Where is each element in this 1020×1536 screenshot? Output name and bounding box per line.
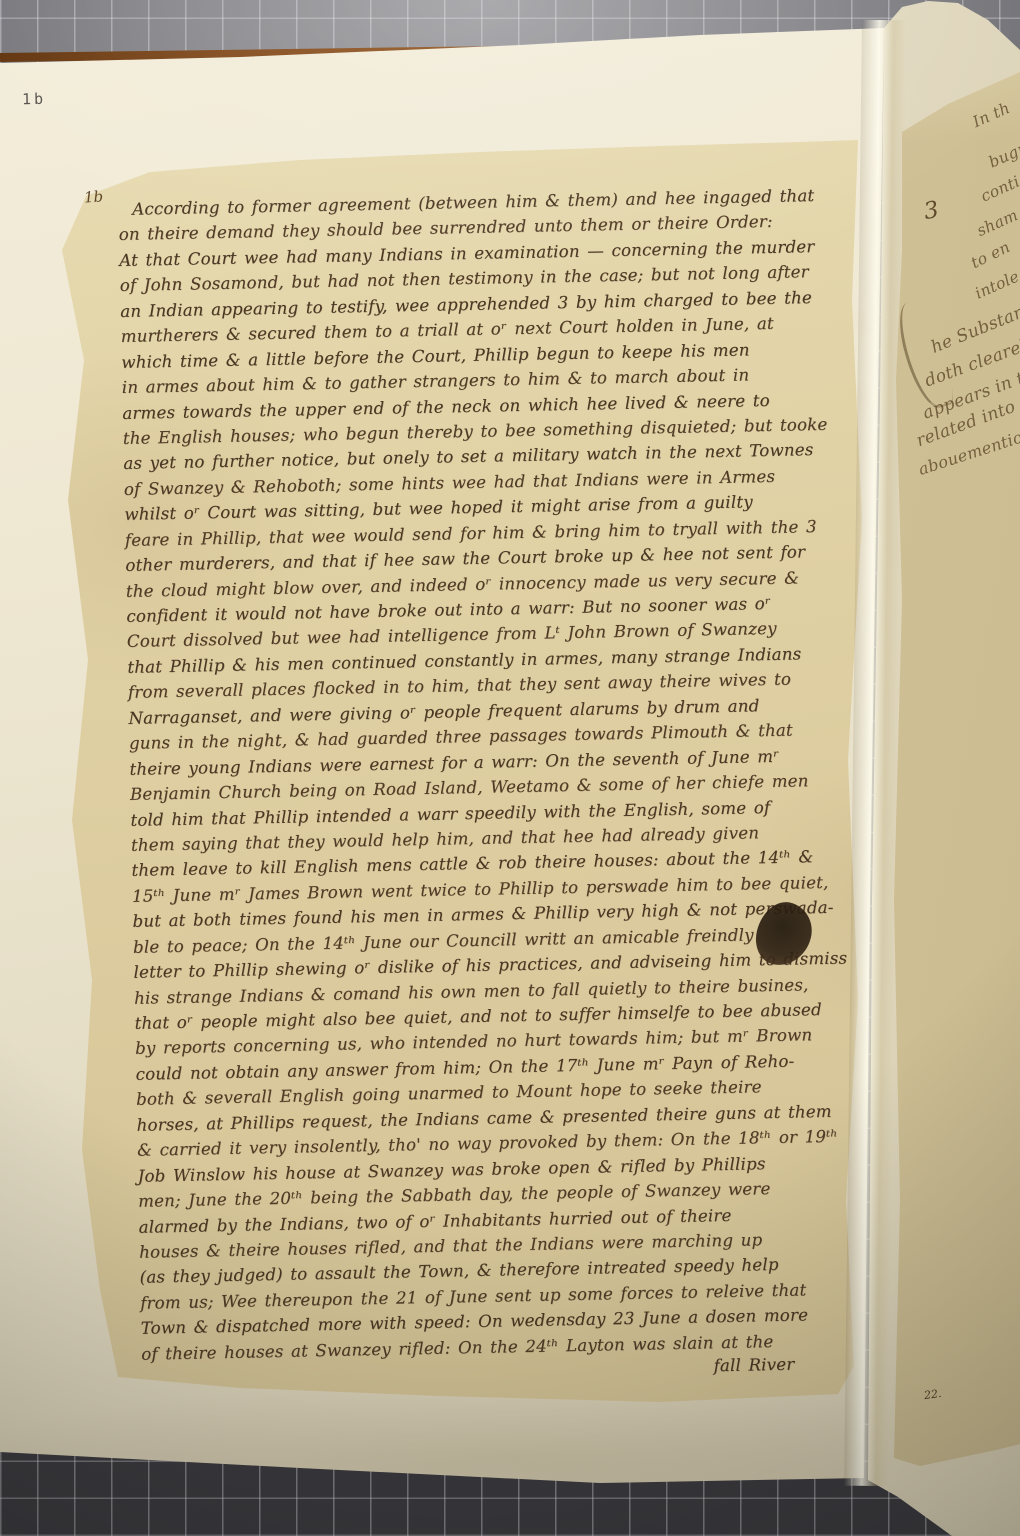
folio-ink-label: 1b [83,187,103,206]
manuscript-text-block: According to former agreement (between h… [118,182,890,1390]
page-number-label: 1b [22,90,46,108]
manuscript-photo-scene: 1b 1b According to former agreement (bet… [0,0,1020,1536]
archivist-note: 22. [923,1387,942,1402]
